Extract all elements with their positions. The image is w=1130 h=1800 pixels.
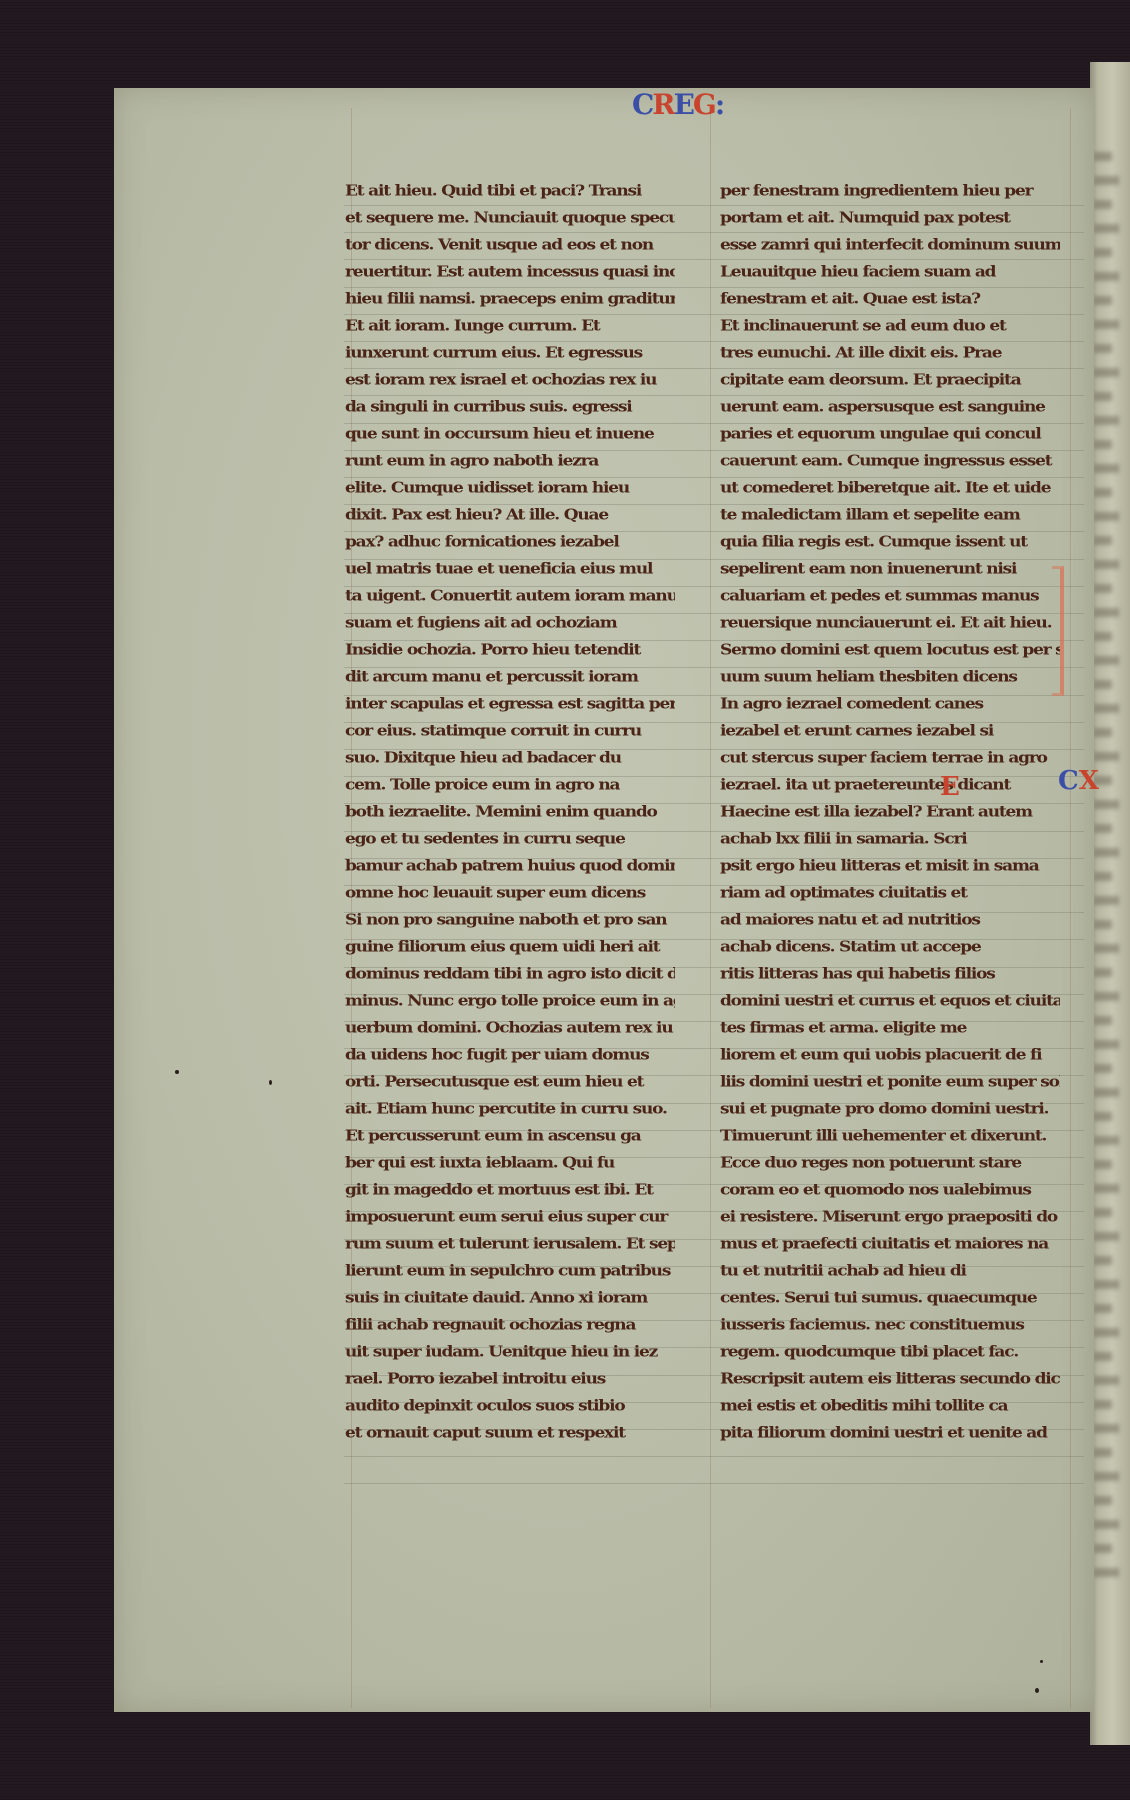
text-line: Et inclinauerunt se ad eum duo et [720,315,1060,338]
text-line: inter scapulas et egressa est sagitta pe… [345,693,675,716]
bleed-through-text [1094,1136,1119,1145]
text-line: omne hoc leuauit super eum dicens [345,882,675,905]
ink-speck [1035,1688,1039,1693]
text-line: pax? adhuc fornicationes iezabel [345,531,675,554]
text-line: iusseris faciemus. nec constituemus [720,1314,1060,1337]
text-line: cut stercus super faciem terrae in agro [720,747,1060,770]
bleed-through-text [1094,560,1119,569]
text-line: riam ad optimates ciuitatis et [720,882,1060,905]
bleed-through-text [1094,1160,1112,1169]
text-line: da singuli in curribus suis. egressi [345,396,675,419]
ink-speck [269,1080,272,1085]
text-line: psit ergo hieu litteras et misit in sama [720,855,1060,878]
ruling-line [344,1456,1084,1457]
text-line: suam et fugiens ait ad ochoziam [345,612,675,635]
decorated-letter: C [1058,766,1079,796]
bleed-through-text [1094,176,1119,185]
text-line: tor dicens. Venit usque ad eos et non [345,234,675,257]
text-line: uel matris tuae et ueneficia eius mul [345,558,675,581]
text-line: tu et nutritii achab ad hieu di [720,1260,1060,1283]
bleed-through-text [1094,1064,1112,1073]
text-line: Sermo domini est quem locutus est per se… [720,639,1060,662]
text-line: filii achab regnauit ochozias regna [345,1314,675,1337]
text-line: et ornauit caput suum et respexit [345,1422,675,1445]
bleed-through-text [1094,1352,1112,1361]
bleed-through-text [1094,1304,1112,1313]
text-line: tes firmas et arma. eligite me [720,1017,1060,1040]
text-line: ber qui est iuxta ieblaam. Qui fu [345,1152,675,1175]
text-line: ta uigent. Conuertit autem ioram manum [345,585,675,608]
text-line: elite. Cumque uidisset ioram hieu [345,477,675,500]
bleed-through-text [1094,1448,1112,1457]
text-line: uerunt eam. aspersusque est sanguine [720,396,1060,419]
bleed-through-text [1094,536,1112,545]
text-line: Et percusserunt eum in ascensu ga [345,1125,675,1148]
text-line: centes. Serui tui sumus. quaecumque [720,1287,1060,1310]
text-line: dixit. Pax est hieu? At ille. Quae [345,504,675,527]
text-line: iunxerunt currum eius. Et egressus [345,342,675,365]
text-line: audito depinxit oculos suos stibio [345,1395,675,1418]
text-line: cauerunt eam. Cumque ingressus esset [720,450,1060,473]
text-line: iezabel et erunt carnes iezabel si [720,720,1060,743]
text-line: ei resistere. Miserunt ergo praepositi d… [720,1206,1060,1229]
bleed-through-text [1094,488,1112,497]
text-line: mus et praefecti ciuitatis et maiores na [720,1233,1060,1256]
text-line: ait. Etiam hunc percutite in curru suo. [345,1098,675,1121]
bleed-through-text [1094,392,1112,401]
text-line: portam et ait. Numquid pax potest [720,207,1060,230]
text-line: minus. Nunc ergo tolle proice eum in agr… [345,990,675,1013]
text-line: coram eo et quomodo nos ualebimus [720,1179,1060,1202]
bleed-through-text [1094,1112,1112,1121]
text-line: Timuerunt illi uehementer et dixerunt. [720,1125,1060,1148]
text-line: ad maiores natu et ad nutritios [720,909,1060,932]
text-line: reuertitur. Est autem incessus quasi inc… [345,261,675,284]
bleed-through-text [1094,656,1119,665]
bleed-through-text [1094,824,1112,833]
text-line: lierunt eum in sepulchro cum patribus [345,1260,675,1283]
bleed-through-text [1094,464,1119,473]
bleed-through-text [1094,152,1112,161]
text-line: domini uestri et currus et equos et ciui… [720,990,1060,1013]
decorated-letter: C [632,88,652,121]
text-line: guine filiorum eius quem uidi heri ait [345,936,675,959]
text-line: git in mageddo et mortuus est ibi. Et [345,1179,675,1202]
bleed-through-text [1094,1232,1119,1241]
text-line: fenestram et ait. Quae est ista? [720,288,1060,311]
text-line: per fenestram ingredientem hieu per [720,180,1060,203]
text-line: paries et equorum ungulae qui concul [720,423,1060,446]
text-line: cor eius. statimque corruit in curru [345,720,675,743]
text-line: ego et tu sedentes in curru seque [345,828,675,851]
bleed-through-text [1094,368,1119,377]
bleed-through-text [1094,1568,1119,1577]
red-margin-bracket [1052,566,1064,696]
bleed-through-text [1094,200,1112,209]
bleed-through-text [1094,992,1119,1001]
decorated-letter: R [652,88,673,121]
text-line: cem. Tolle proice eum in agro na [345,774,675,797]
bleed-through-text [1094,1496,1112,1505]
bleed-through-text [1094,680,1112,689]
bleed-through-text [1094,248,1112,257]
bleed-through-text [1094,1544,1112,1553]
bleed-through-text [1094,728,1112,737]
text-line: Si non pro sanguine naboth et pro san [345,909,675,932]
bleed-through-text [1094,1376,1119,1385]
text-line: dominus reddam tibi in agro isto dicit d… [345,963,675,986]
text-line: uerbum domini. Ochozias autem rex iu [345,1017,675,1040]
text-line: bamur achab patrem huius quod dominus [345,855,675,878]
text-line: Ecce duo reges non potuerunt stare [720,1152,1060,1175]
text-line: dit arcum manu et percussit ioram [345,666,675,689]
text-line: Et ait ioram. Iunge currum. Et [345,315,675,338]
text-line: que sunt in occursum hieu et inuene [345,423,675,446]
bleed-through-text [1094,416,1119,425]
text-line: esse zamri qui interfecit dominum suum [720,234,1060,257]
text-line: liis domini uestri et ponite eum super s… [720,1071,1060,1094]
bleed-through-text [1094,1280,1119,1289]
text-line: sepelirent eam non inuenerunt nisi [720,558,1060,581]
text-line: uum suum heliam thesbiten dicens [720,666,1060,689]
text-line: Haecine est illa iezabel? Erant autem [720,801,1060,824]
bleed-through-text [1094,1256,1112,1265]
text-line: rum suum et tulerunt ierusalem. Et sepe [345,1233,675,1256]
text-line: Leuauitque hieu faciem suam ad [720,261,1060,284]
bleed-through-text [1094,344,1112,353]
bleed-through-text [1094,848,1119,857]
text-line: et sequere me. Nunciauit quoque speculat… [345,207,675,230]
text-line: achab dicens. Statim ut accepe [720,936,1060,959]
text-line: ut comederet biberetque ait. Ite et uide [720,477,1060,500]
bleed-through-text [1094,800,1119,809]
text-line: ritis litteras has qui habetis filios [720,963,1060,986]
red-initial: E [940,772,960,802]
bleed-through-text [1094,224,1119,233]
text-line: orti. Persecutusque est eum hieu et [345,1071,675,1094]
bleed-through-text [1094,320,1119,329]
bleed-through-text [1094,272,1119,281]
text-line: Insidie ochozia. Porro hieu tetendit [345,639,675,662]
bleed-through-text [1094,608,1119,617]
bleed-through-text [1094,1520,1119,1529]
text-line: achab lxx filii in samaria. Scri [720,828,1060,851]
text-line: suo. Dixitque hieu ad badacer du [345,747,675,770]
text-line: imposuerunt eum serui eius super cur [345,1206,675,1229]
bleed-through-text [1094,1472,1119,1481]
bleed-through-text [1094,1208,1112,1217]
text-line: caluariam et pedes et summas manus [720,585,1060,608]
bleed-through-text [1094,1088,1119,1097]
text-line: suis in ciuitate dauid. Anno xi ioram [345,1287,675,1310]
text-line: da uidens hoc fugit per uiam domus [345,1044,675,1067]
bleed-through-text [1094,584,1112,593]
bleed-through-text [1094,512,1119,521]
bleed-through-text [1094,896,1119,905]
text-line: reuersique nunciauerunt ei. Et ait hieu. [720,612,1060,635]
text-line: te maledictam illam et sepelite eam [720,504,1060,527]
vertical-ruling [710,108,711,1708]
bleed-through-text [1094,632,1112,641]
decorated-letter: G [693,88,715,121]
bleed-through-text [1094,752,1119,761]
bleed-through-text [1094,1016,1112,1025]
bleed-through-text [1094,1328,1119,1337]
bleed-through-text [1094,296,1112,305]
bleed-through-text [1094,872,1112,881]
text-line: hieu filii namsi. praeceps enim graditur [345,288,675,311]
text-line: In agro iezrael comedent canes [720,693,1060,716]
decorated-letter: X [1079,766,1099,796]
text-line: uit super iudam. Uenitque hieu in iez [345,1341,675,1364]
bleed-through-text [1094,440,1112,449]
text-line: regem. quodcumque tibi placet fac. [720,1341,1060,1364]
vertical-ruling [1070,108,1071,1708]
text-line: liorem et eum qui uobis placuerit de fi [720,1044,1060,1067]
left-text-column: Et ait hieu. Quid tibi et paci? Transiet… [345,178,675,1447]
running-header: CREG: [632,88,723,121]
ruling-line [344,1483,1084,1484]
text-line: iezrael. ita ut praetereuntes dicant [720,774,1060,797]
decorated-letter: : [715,88,723,121]
text-line: tres eunuchi. At ille dixit eis. Prae [720,342,1060,365]
chapter-number-marker: CX [1058,766,1099,796]
bleed-through-text [1094,1184,1119,1193]
right-text-column: per fenestram ingredientem hieu perporta… [720,178,1060,1447]
text-line: cipitate eam deorsum. Et praecipita [720,369,1060,392]
text-line: mei estis et obeditis mihi tollite ca [720,1395,1060,1418]
text-line: est ioram rex israel et ochozias rex iu [345,369,675,392]
text-line: Rescripsit autem eis litteras secundo di… [720,1368,1060,1391]
bleed-through-text [1094,1400,1112,1409]
text-line: sui et pugnate pro domo domini uestri. [720,1098,1060,1121]
text-line: Et ait hieu. Quid tibi et paci? Transi [345,180,675,203]
bleed-through-text [1094,1424,1119,1433]
bleed-through-text [1094,704,1119,713]
adjacent-leaf-edge [1090,62,1130,1745]
bleed-through-text [1094,944,1119,953]
decorated-letter: E [674,88,693,121]
bleed-through-text [1094,968,1112,977]
bleed-through-text [1094,920,1112,929]
text-line: rael. Porro iezabel introitu eius [345,1368,675,1391]
ink-speck [175,1070,179,1074]
text-line: quia filia regis est. Cumque issent ut [720,531,1060,554]
ink-speck [1040,1660,1043,1663]
text-line: both iezraelite. Memini enim quando [345,801,675,824]
text-line: pita filiorum domini uestri et uenite ad [720,1422,1060,1445]
text-line: runt eum in agro naboth iezra [345,450,675,473]
bleed-through-text [1094,1040,1119,1049]
